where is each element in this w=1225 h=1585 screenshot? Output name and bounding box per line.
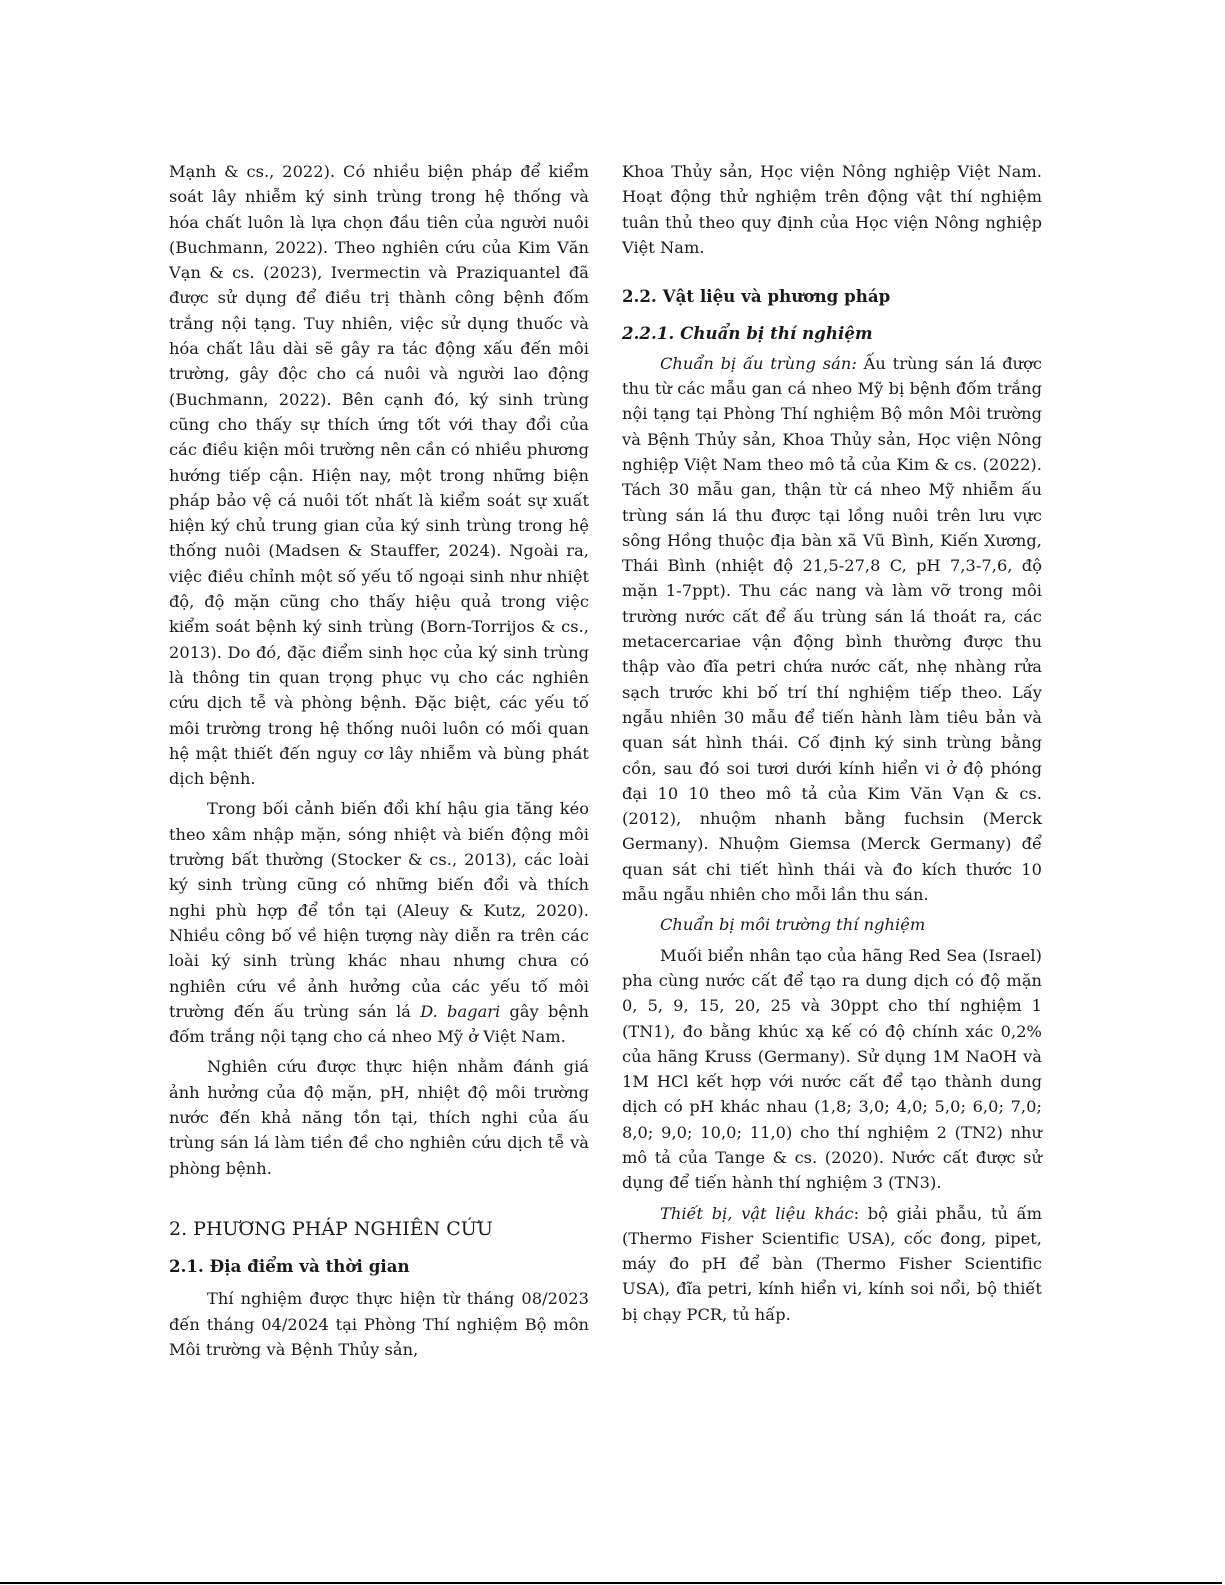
paragraph-larvae-preparation: Chuẩn bị ấu trùng sán: Ấu trùng sán lá đ… xyxy=(622,351,1042,908)
page-bottom-border xyxy=(0,1582,1222,1584)
species-name: D. bagari xyxy=(420,1002,500,1021)
subsection-heading-location-time: 2.1. Địa điểm và thời gian xyxy=(169,1254,589,1279)
paragraph-location-time: Thí nghiệm được thực hiện từ tháng 08/20… xyxy=(169,1286,589,1362)
document-page: Mạnh & cs., 2022). Có nhiều biện pháp để… xyxy=(0,0,1225,1585)
paragraph-label: Chuẩn bị ấu trùng sán: xyxy=(660,354,857,373)
paragraph-climate-change: Trong bối cảnh biến đổi khí hậu gia tăng… xyxy=(169,796,589,1049)
subsection-heading-materials-methods: 2.2. Vật liệu và phương pháp xyxy=(622,284,1042,309)
subsubsection-heading-preparation: 2.2.1. Chuẩn bị thí nghiệm xyxy=(622,321,1042,346)
paragraph-label-environment: Chuẩn bị môi trường thí nghiệm xyxy=(622,912,1042,937)
paragraph-equipment: Thiết bị, vật liệu khác: bộ giải phẫu, t… xyxy=(622,1201,1042,1327)
paragraph-environment: Muối biển nhân tạo của hãng Red Sea (Isr… xyxy=(622,943,1042,1196)
paragraph-text: Ấu trùng sán lá được thu từ các mẫu gan … xyxy=(622,354,1042,904)
left-column: Mạnh & cs., 2022). Có nhiều biện pháp để… xyxy=(169,159,589,1362)
paragraph-objective: Nghiên cứu được thực hiện nhằm đánh giá … xyxy=(169,1054,589,1180)
paragraph-label: Thiết bị, vật liệu khác xyxy=(660,1204,854,1223)
paragraph-intro-continued: Mạnh & cs., 2022). Có nhiều biện pháp để… xyxy=(169,159,589,791)
right-column: Khoa Thủy sản, Học viện Nông nghiệp Việt… xyxy=(622,159,1042,1327)
paragraph-text: Trong bối cảnh biến đổi khí hậu gia tăng… xyxy=(169,799,589,1020)
section-heading: 2. PHƯƠNG PHÁP NGHIÊN CỨU xyxy=(169,1217,589,1242)
paragraph-ethics: Khoa Thủy sản, Học viện Nông nghiệp Việt… xyxy=(622,159,1042,260)
